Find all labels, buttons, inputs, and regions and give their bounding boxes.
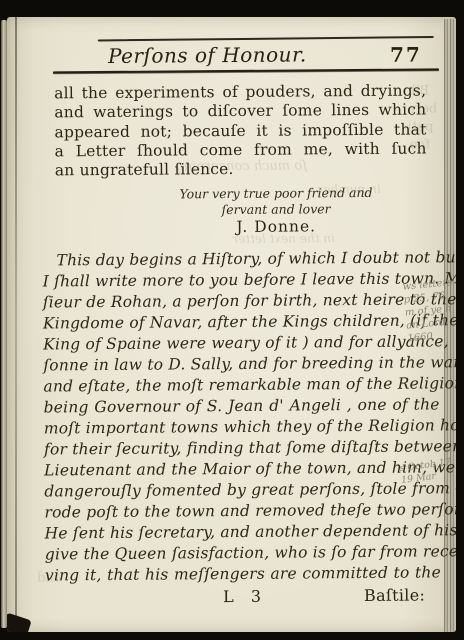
valediction-line-1: Your very true poor friend and [156,185,396,202]
text-line: and waterings to diſcover ſome lines whi… [54,101,426,123]
catchword: Baſtile: [364,585,425,604]
header-rule-top [98,36,434,42]
pencil-marginalia-upper: ws lettersp 25, 76m of ye han Lord1660 [402,274,456,345]
text-line: a Letter ſhould come from me, with ſuch [55,139,427,161]
book-scan: Bilbereputifooſo much concerningin numbe… [0,0,464,640]
author-name: J. Donne. [156,217,396,237]
valediction-line-2: ſervant and lover [156,200,396,217]
page-content: Bilbereputifooſo much concerningin numbe… [7,17,456,632]
running-title: Perſons of Honour. [45,42,370,69]
page-header: Perſons of Honour. 77 [45,41,440,70]
gathering-signature-mark: L 3 [223,587,267,606]
page-number: 77 [390,42,422,66]
book-page: Bilbereputifooſo much concerningin numbe… [7,17,456,632]
page-footer: L 3 Baſtile: [45,585,441,610]
letter-signature: Your very true poor friend and ſervant a… [156,185,396,237]
text-line: an ungratefull ſilence. [55,159,427,181]
letter-body-paragraph: This day begins a Hiſtory, of which I do… [42,247,441,586]
letter-closing-paragraph: all the experiments of pouders, and dryi… [54,81,427,180]
text-line: ving it, that his meſſengers are committ… [45,562,441,586]
verso-showthrough: Bilbereputifooſo much concerningin numbe… [7,17,454,19]
